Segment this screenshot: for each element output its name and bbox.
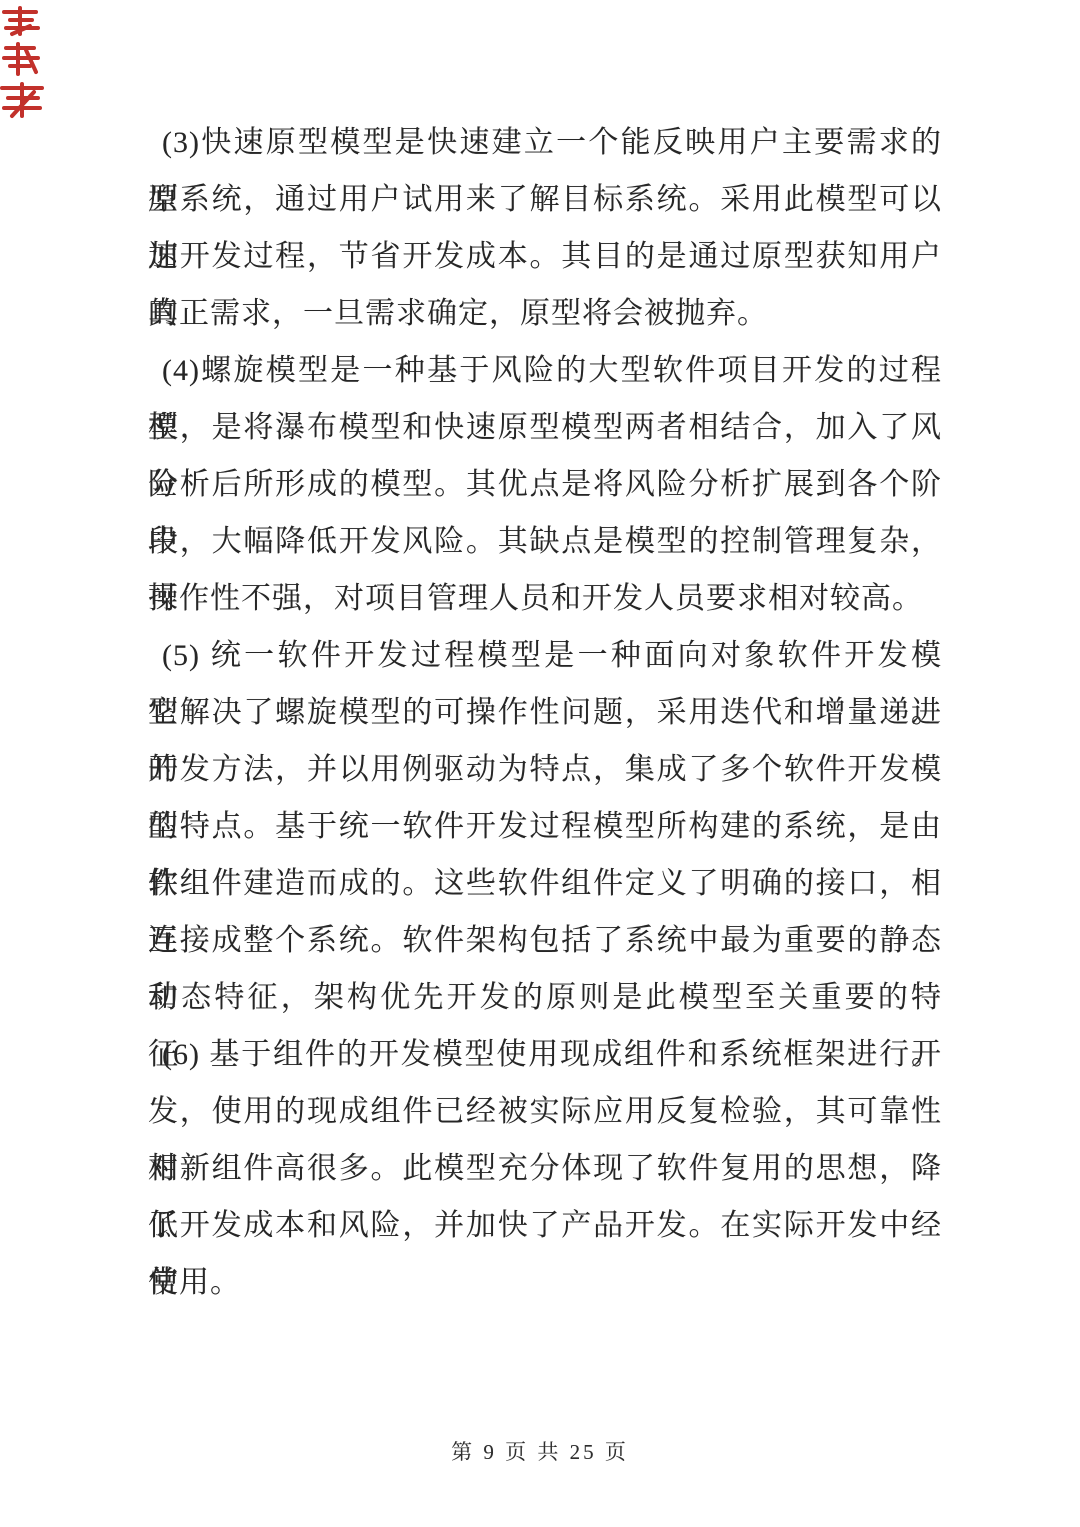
text-line: 连接成整个系统。软件架构包括了系统中最为重要的静态和 [148, 912, 942, 969]
text-line: (4)螺旋模型是一种基于风险的大型软件项目开发的过程模 [148, 342, 942, 399]
text-line: 件组件建造而成的。这些软件组件定义了明确的接口，相互 [148, 855, 942, 912]
text-line: 型，是将瀑布模型和快速原型模型两者相结合，加入了风险 [148, 399, 942, 456]
red-stamp-marks [0, 4, 50, 122]
text-line: (3)快速原型模型是快速建立一个能反映用户主要需求的原 [148, 114, 942, 171]
text-line: 中，大幅降低开发风险。其缺点是模型的控制管理复杂，可 [148, 513, 942, 570]
page-footer: 第 9 页 共 25 页 [0, 1436, 1080, 1466]
document-page: (3)快速原型模型是快速建立一个能反映用户主要需求的原型系统，通过用户试用来了解… [0, 0, 1080, 1527]
text-line: 分析后所形成的模型。其优点是将风险分析扩展到各个阶段 [148, 456, 942, 513]
text-line: 真正需求，一旦需求确定，原型将会被抛弃。 [148, 285, 942, 342]
text-line: 型系统，通过用户试用来了解目标系统。采用此模型可以加 [148, 171, 942, 228]
paragraph: (6) 基于组件的开发模型使用现成组件和系统框架进行开发，使用的现成组件已经被实… [148, 1026, 942, 1311]
document-body: (3)快速原型模型是快速建立一个能反映用户主要需求的原型系统，通过用户试用来了解… [148, 114, 942, 1311]
text-line: 操作性不强，对项目管理人员和开发人员要求相对较高。 [148, 570, 942, 627]
text-line: 发，使用的现成组件已经被实际应用反复检验，其可靠性相 [148, 1083, 942, 1140]
text-line: 对新组件高很多。此模型充分体现了软件复用的思想，降低 [148, 1140, 942, 1197]
text-line: (5) 统一软件开发过程模型是一种面向对象软件开发模型。 [148, 627, 942, 684]
text-line: 使用。 [148, 1254, 942, 1311]
paragraph: (3)快速原型模型是快速建立一个能反映用户主要需求的原型系统，通过用户试用来了解… [148, 114, 942, 342]
text-line: 动态特征，架构优先开发的原则是此模型至关重要的特征。 [148, 969, 942, 1026]
text-line: (6) 基于组件的开发模型使用现成组件和系统框架进行开 [148, 1026, 942, 1083]
text-line: 了开发成本和风险，并加快了产品开发。在实际开发中经常 [148, 1197, 942, 1254]
text-line: 的特点。基于统一软件开发过程模型所构建的系统，是由软 [148, 798, 942, 855]
text-line: 速开发过程，节省开发成本。其目的是通过原型获知用户的 [148, 228, 942, 285]
paragraph: (5) 统一软件开发过程模型是一种面向对象软件开发模型。它解决了螺旋模型的可操作… [148, 627, 942, 1026]
text-line: 开发方法，并以用例驱动为特点，集成了多个软件开发模型 [148, 741, 942, 798]
paragraph: (4)螺旋模型是一种基于风险的大型软件项目开发的过程模型，是将瀑布模型和快速原型… [148, 342, 942, 627]
page-number-label: 第 9 页 共 25 页 [451, 1440, 629, 1464]
text-line: 它解决了螺旋模型的可操作性问题，采用迭代和增量递进的 [148, 684, 942, 741]
red-stamp-icon [0, 4, 50, 122]
